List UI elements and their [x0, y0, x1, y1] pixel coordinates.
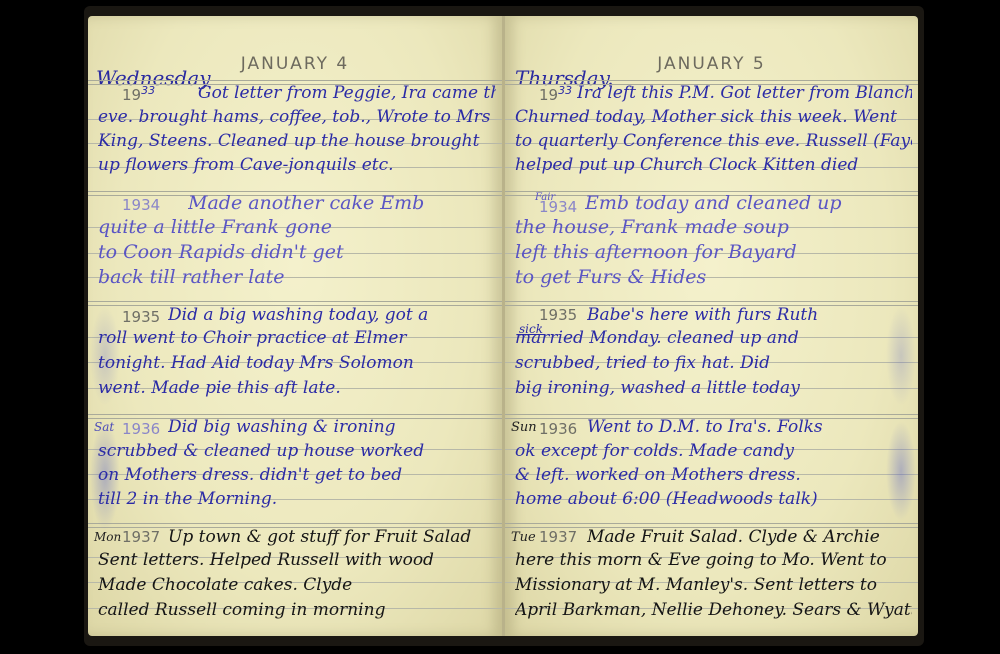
entry-line: Babe's here with furs Ruth [587, 304, 912, 326]
margin-note: Mon [94, 530, 121, 544]
diary-book: JANUARY 4 Wednesday 1933 Got letter from… [84, 6, 924, 646]
entry-line: till 2 in the Morning. [98, 488, 496, 510]
margin-note: Sat [94, 420, 114, 434]
entry-line: scrubbed, tried to fix hat. Did [515, 352, 912, 374]
entry-line: to Coon Rapids didn't get [98, 241, 496, 263]
entry-line: married Monday. cleaned up and [515, 327, 912, 349]
entry-line: Went to D.M. to Ira's. Folks [587, 416, 912, 438]
entry-line: Ira left this P.M. Got letter from Blanc… [577, 82, 912, 104]
entry-line: quite a little Frank gone [98, 216, 496, 238]
entry-line: Did big washing & ironing [168, 416, 496, 438]
entry-line: back till rather late [98, 266, 496, 288]
entry-year: 1933 [122, 84, 155, 104]
entry-line: home about 6:00 (Headwoods talk) [515, 488, 912, 510]
entry-line: helped put up Church Clock Kitten died [515, 154, 912, 176]
entry-line: Made Chocolate cakes. Clyde [98, 574, 496, 596]
entry-line: Emb today and cleaned up [585, 192, 912, 214]
entry-line: ok except for colds. Made candy [515, 440, 912, 462]
entry-line: went. Made pie this aft late. [98, 377, 496, 399]
entry-year: 1934 [539, 198, 577, 216]
entry-line: Churned today, Mother sick this week. We… [515, 106, 912, 128]
entry-line: Did a big washing today, got a [168, 304, 496, 326]
entry-line: called Russell coming in morning [98, 599, 496, 621]
entry-line: Sent letters. Helped Russell with wood [98, 549, 496, 571]
diary-page-left: JANUARY 4 Wednesday 1933 Got letter from… [88, 16, 502, 636]
entry-year: 1935 [122, 308, 160, 326]
margin-note: Sun [511, 420, 537, 435]
entry-line: Got letter from Peggie, Ira came this [198, 82, 496, 104]
entry-line: here this morn & Eve going to Mo. Went t… [515, 549, 912, 571]
entry-year: 1935 [539, 306, 577, 324]
entry-line: to get Furs & Hides [515, 266, 912, 288]
entry-year: 1934 [122, 196, 160, 214]
entry-year: 1936 [122, 420, 160, 438]
entry-line: Made Fruit Salad. Clyde & Archie [587, 526, 912, 548]
entry-line: Missionary at M. Manley's. Sent letters … [515, 574, 912, 596]
entry-year: 1933 [539, 84, 572, 104]
entry-line: eve. brought hams, coffee, tob., Wrote t… [98, 106, 496, 128]
entry-line: April Barkman, Nellie Dehoney. Sears & W… [515, 599, 912, 621]
entry-line: roll went to Choir practice at Elmer [98, 327, 496, 349]
entry-line: big ironing, washed a little today [515, 377, 912, 399]
entry-line: up flowers from Cave-jonquils etc. [98, 154, 496, 176]
entry-line: Made another cake Emb [188, 192, 496, 214]
diary-page-right: JANUARY 5 Thursday. 1933 Ira left this P… [505, 16, 918, 636]
margin-note: Tue [511, 530, 536, 545]
entry-line: King, Steens. Cleaned up the house broug… [98, 130, 496, 152]
entry-year: 1937 [122, 528, 160, 546]
entry-line: on Mothers dress. didn't get to bed [98, 464, 496, 486]
entry-line: & left. worked on Mothers dress. [515, 464, 912, 486]
entry-line: tonight. Had Aid today Mrs Solomon [98, 352, 496, 374]
entry-line: scrubbed & cleaned up house worked [98, 440, 496, 462]
entry-year: 1937 [539, 528, 577, 546]
entry-line: the house, Frank made soup [515, 216, 912, 238]
entry-line: left this afternoon for Bayard [515, 241, 912, 263]
entry-year: 1936 [539, 420, 577, 438]
entry-line: Up town & got stuff for Fruit Salad [168, 526, 496, 548]
entry-line: to quarterly Conference this eve. Russel… [515, 130, 912, 152]
